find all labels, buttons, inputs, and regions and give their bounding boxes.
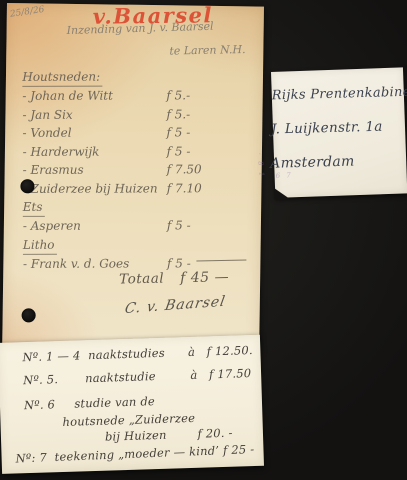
item-price: f 5.- [166, 87, 212, 106]
list-item: - Asperen f 5 - [23, 217, 213, 236]
punch-hole [22, 308, 36, 322]
list-item: - Harderwijk f 5 - [23, 143, 213, 162]
section-header-houtsneden: Houtsneden: [22, 68, 212, 88]
total-line: Totaalf 45 — [119, 269, 229, 287]
sum-line [196, 259, 246, 261]
artwork-price-list: Houtsneden: - Johan de Witt f 5.- - Jan … [22, 68, 213, 274]
note-line: Nº. 6 studie van de [24, 394, 155, 412]
list-item: - Johan de Witt f 5.- [22, 87, 212, 106]
item-price: f 7.50 [167, 161, 213, 180]
item-price: f 5 - [167, 143, 213, 162]
total-label: Totaal [119, 271, 164, 288]
card-line-city: Amsterdam [270, 154, 355, 172]
card-line-institution: Rijks Prentenkabinet [272, 85, 407, 104]
location-line: te Laren N.H. [169, 43, 245, 58]
item-price: f 5 - [167, 217, 213, 236]
note-line: Nº. 5. naaktstudie à f 17.50 [23, 366, 252, 387]
section-header-label: Litho [23, 236, 57, 254]
item-label: - Zuiderzee bij Huizen [23, 180, 167, 199]
list-item: - Erasmus f 7.50 [23, 161, 213, 180]
address-card: Rijks Prentenkabinet J. Luijkenstr. 1a A… [271, 67, 407, 198]
note-line: Nº. 1 — 4 naaktstudies à f 12.50. [22, 343, 253, 364]
note-line: bij Huizen f 20. - [105, 426, 233, 444]
signature: C. v. Baarsel [124, 294, 227, 318]
item-label: - Johan de Witt [22, 87, 166, 106]
item-price: f 5.- [166, 106, 212, 125]
item-price: f 5 - [167, 124, 213, 143]
list-item: - Vondel f 5 - [23, 124, 213, 143]
list-item: - Zuiderzee bij Huizen f 7.10 [23, 180, 213, 199]
section-header-label: Ets [23, 199, 45, 217]
item-label: - Jan Six [22, 106, 166, 125]
section-header-litho: Litho [23, 236, 213, 256]
item-label: - Harderwijk [23, 143, 167, 162]
note-line: houtsnede „Zuiderzee [62, 411, 195, 429]
item-label: - Erasmus [23, 161, 167, 180]
card-line-street: J. Luijkenstr. 1a [271, 119, 383, 138]
numbered-price-note: Nº. 1 — 4 naaktstudies à f 12.50. Nº. 5.… [0, 335, 264, 474]
item-label: - Asperen [23, 217, 167, 236]
faint-mark: 6 7 [275, 171, 292, 180]
note-line: Nº: 7 teekening „moeder — kind’ f 25 - [15, 442, 254, 466]
torn-corner [274, 187, 290, 200]
total-value: f 45 — [180, 269, 229, 286]
main-inventory-sheet: 25/8/26 v.Baarsel Inzending van J. v. Ba… [2, 3, 264, 352]
item-price: f 7.10 [167, 180, 213, 199]
list-item: - Jan Six f 5.- [22, 106, 212, 125]
subtitle-line: Inzending van J. v. Baarsel [66, 20, 213, 37]
section-header-ets: Ets [23, 198, 213, 218]
item-label: - Vondel [23, 124, 167, 143]
section-header-label: Houtsneden: [22, 69, 102, 87]
date-note: 25/8/26 [9, 5, 45, 20]
